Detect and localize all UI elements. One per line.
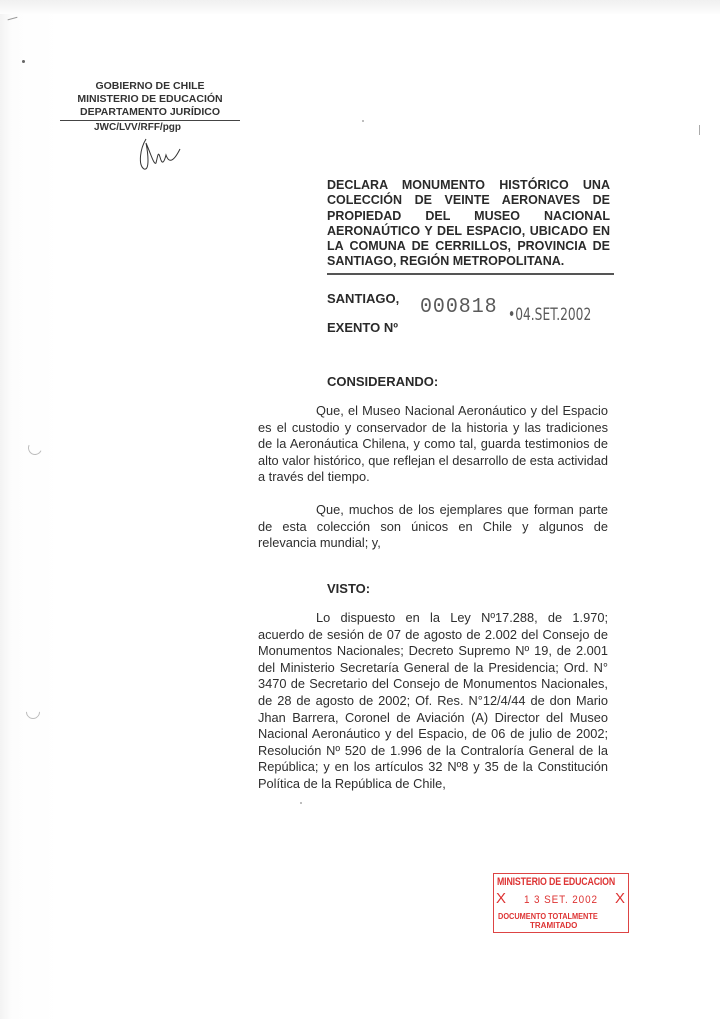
city-label: SANTIAGO, xyxy=(327,291,399,306)
scan-top-shadow xyxy=(0,0,720,14)
document-page: GOBIERNO DE CHILE MINISTERIO DE EDUCACIÓ… xyxy=(0,0,720,1019)
decree-number-stamp: 000818 xyxy=(420,296,498,319)
scan-dot xyxy=(22,60,25,63)
decree-date-stamp: •04.SET.2002 xyxy=(508,305,591,325)
considerando-paragraph: Que, muchos de los ejemplares que forman… xyxy=(258,502,608,552)
stamp-title: MINISTERIO DE EDUCACION xyxy=(497,876,615,888)
considerando-paragraph: Que, el Museo Nacional Aeronáutico y del… xyxy=(258,403,608,486)
received-stamp: MINISTERIO DE EDUCACION X 1 3 SET. 2002 … xyxy=(493,873,629,933)
stamp-x-mark: X xyxy=(496,890,506,907)
letterhead-line: DEPARTAMENTO JURÍDICO xyxy=(60,106,240,119)
letterhead-line: GOBIERNO DE CHILE xyxy=(60,80,240,93)
scan-dot xyxy=(300,802,302,804)
stamp-x-mark: X xyxy=(615,890,625,907)
punch-hole-mark xyxy=(23,702,43,722)
visto-heading: VISTO: xyxy=(327,581,370,596)
scan-mark xyxy=(8,17,19,24)
letterhead: GOBIERNO DE CHILE MINISTERIO DE EDUCACIÓ… xyxy=(60,80,240,119)
punch-hole-mark xyxy=(26,439,44,457)
title-underline xyxy=(327,273,614,275)
scan-mark xyxy=(699,125,700,135)
stamp-date: 1 3 SET. 2002 xyxy=(524,894,598,906)
considerando-heading: CONSIDERANDO: xyxy=(327,374,438,389)
exento-label: EXENTO Nº xyxy=(327,320,398,335)
letterhead-rule xyxy=(60,120,240,121)
reference-code: JWC/LVV/RFF/pgp xyxy=(94,122,181,133)
signature-icon xyxy=(132,135,187,175)
letterhead-line: MINISTERIO DE EDUCACIÓN xyxy=(60,93,240,106)
stamp-footer: TRAMITADO xyxy=(530,921,577,930)
stamp-footer: DOCUMENTO TOTALMENTE xyxy=(498,912,598,921)
visto-paragraph: Lo dispuesto en la Ley Nº17.288, de 1.97… xyxy=(258,610,608,793)
document-title: DECLARA MONUMENTO HISTÓRICO UNA COLECCIÓ… xyxy=(327,178,610,270)
scan-dot xyxy=(362,120,364,122)
